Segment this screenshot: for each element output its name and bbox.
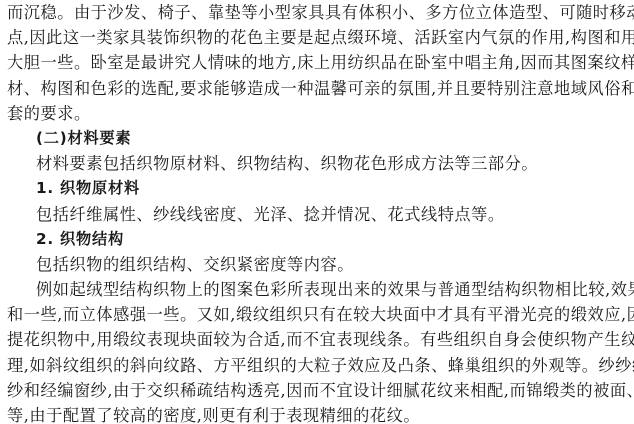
subsection-heading-structure: 2. 织物结构 (7, 227, 629, 252)
section-heading: (二)材料要素 (7, 126, 629, 151)
text-line: 纱和经编窗纱,由于交织稀疏结构透亮,因而不宜设计细腻花纹来相配,而锦缎类的被面、… (7, 378, 629, 403)
text-line: 套的要求。 (7, 101, 629, 126)
text-line: 提花织物中,用缎纹表现块面较为合适,而不宜表现线条。有些组织自身会使织物产生纹路… (7, 327, 629, 352)
text-line: 理,如斜纹组织的斜向纹路、方平组织的大粒子效应及凸条、蜂巢组织的外观等。纱纱结构… (7, 353, 629, 378)
subsection-text-structure: 包括织物的组织结构、交织紧密度等内容。 (7, 252, 629, 277)
section-intro: 材料要素包括织物原材料、织物结构、织物花色形成方法等三部分。 (7, 151, 629, 176)
text-line: 等,由于配置了较高的密度,则更有利于表现精细的花纹。 (7, 403, 629, 424)
subsection-text-raw-materials: 包括纤维属性、纱线线密度、光泽、捻并情况、花式线特点等。 (7, 202, 629, 227)
text-line: 大胆一些。卧室是最讲究人情味的地方,床上用纺织品在卧室中唱主角,因而其图案纹样的… (7, 50, 629, 75)
document-page: 而沉稳。由于沙发、椅子、靠垫等小型家具具有体积小、多方位立体造型、可随时移动位置… (7, 0, 629, 424)
text-line: 点,因此这一类家具装饰织物的花色主要是起点缀环境、活跃室内气氛的作用,构图和用色… (7, 25, 629, 50)
text-line: 和一些,而立体感强一些。又如,缎纹组织只有在较大块面中才具有平滑光亮的缎效应,因… (7, 302, 629, 327)
subsection-heading-raw-materials: 1. 织物原材料 (7, 176, 629, 201)
text-line: 而沉稳。由于沙发、椅子、靠垫等小型家具具有体积小、多方位立体造型、可随时移动位置… (7, 0, 629, 25)
text-line: 例如起绒型结构织物上的图案色彩所表现出来的效果与普通型结构织物相比较,效果更柔 (7, 277, 629, 302)
text-line: 材、构图和色彩的选配,要求能够造成一种温馨可亲的氛围,并且要特别注意地域风俗和整… (7, 76, 629, 101)
